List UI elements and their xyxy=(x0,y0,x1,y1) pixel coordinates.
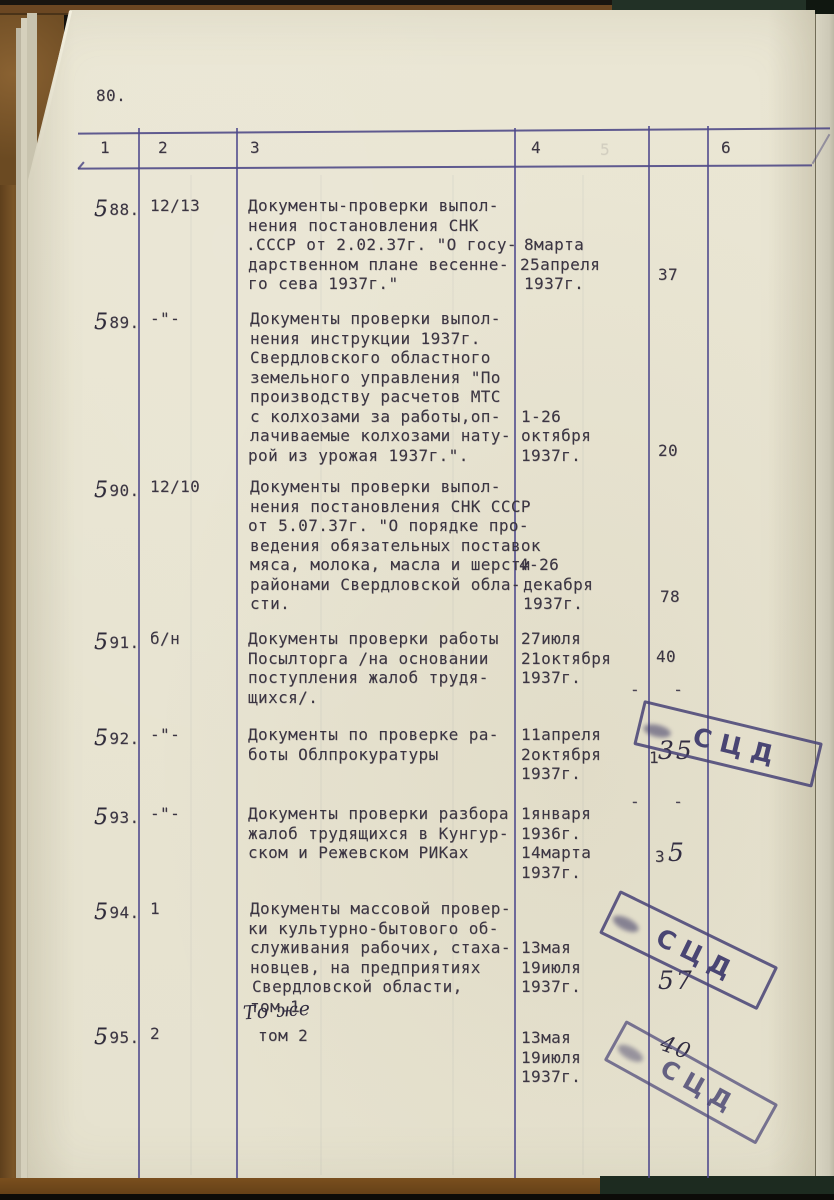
row-index: 12/10 xyxy=(150,477,200,497)
column-divider xyxy=(514,128,516,1178)
description-line: ведения обязательных поставок xyxy=(250,536,541,556)
handwritten-note: То же xyxy=(242,998,311,1025)
description-line: Документы проверки выпол- xyxy=(250,477,501,497)
row-index: -"- xyxy=(150,804,180,824)
date-line: 1937г. xyxy=(521,977,581,997)
description-line: Документы проверки работы xyxy=(248,629,499,649)
description-line: нения постановления СНК СССР xyxy=(250,497,531,517)
column-header-1: 1 xyxy=(100,138,110,158)
column-header-3: 3 xyxy=(250,138,260,158)
sheet-count: 37 xyxy=(658,265,678,285)
row-number-typed: 88. xyxy=(109,200,139,219)
date-line: 19июля xyxy=(521,958,581,978)
ditto-mark: - - xyxy=(630,680,695,700)
description-line: Документы-проверки выпол- xyxy=(248,196,499,216)
sheet-count: 20 xyxy=(658,441,678,461)
description-line: земельного управления "По xyxy=(250,368,501,388)
description-line: нения инструкции 1937г. xyxy=(250,329,481,349)
date-line: 14марта xyxy=(521,843,591,863)
description-line: районами Свердловской обла- xyxy=(250,575,521,595)
ditto-mark: - - xyxy=(630,792,695,812)
archive-row-number: 593. xyxy=(94,804,140,829)
row-index: -"- xyxy=(150,725,180,745)
description-line: служивания рабочих, стаха- xyxy=(250,938,511,958)
date-line: 1937г. xyxy=(523,594,583,614)
column-divider xyxy=(236,128,238,1178)
date-line: 4-26 xyxy=(519,555,559,575)
date-line: 13мая xyxy=(521,1028,571,1048)
description-line: с колхозами за работы,оп- xyxy=(250,407,501,427)
archive-row-number: 592. xyxy=(94,725,140,750)
description-line: от 5.07.37г. "О порядке про- xyxy=(248,516,529,536)
page-right-edge xyxy=(815,14,834,1182)
date-line: 1937г. xyxy=(521,446,581,466)
row-number-typed: 89. xyxy=(109,313,139,332)
description-line: .СССР от 2.02.37г. "О госу- xyxy=(246,235,517,255)
row-number-typed: 90. xyxy=(109,481,139,500)
row-index: -"- xyxy=(150,309,180,329)
description-line: Посылторга /на основании xyxy=(248,649,489,669)
description-line: производству расчетов МТС xyxy=(250,387,501,407)
sheet-count: 40 xyxy=(656,647,676,667)
date-line: 1936г. xyxy=(521,824,581,844)
description-line: жалоб трудящихся в Кунгур- xyxy=(248,824,509,844)
row-number-typed: 94. xyxy=(109,903,139,922)
date-line: 25апреля xyxy=(520,255,600,275)
archive-row-number: 589. xyxy=(94,309,140,334)
description-line: ском и Режевском РИКах xyxy=(248,843,469,863)
handwritten-digit: 5 xyxy=(94,805,108,830)
description-line: щихся/. xyxy=(248,688,318,708)
sheet-count-handwritten: 5 xyxy=(668,838,686,867)
date-line: октября xyxy=(521,426,591,446)
description-line: дарственном плане весенне- xyxy=(248,255,509,275)
archive-row-number: 594. xyxy=(94,899,140,924)
ink-bleed-line xyxy=(582,175,584,1175)
row-index: 1 xyxy=(150,899,160,919)
date-line: 1января xyxy=(521,804,591,824)
sheet-count-typed: 3 xyxy=(655,847,665,867)
page-number: 80. xyxy=(96,86,126,106)
description-line: том 2 xyxy=(258,1026,308,1046)
description-line: Свердловского областного xyxy=(250,348,491,368)
description-line: поступления жалоб трудя- xyxy=(248,668,489,688)
row-index: б/н xyxy=(150,629,180,649)
handwritten-digit: 5 xyxy=(94,478,108,503)
column-divider xyxy=(648,126,650,1178)
row-number-typed: 93. xyxy=(109,808,139,827)
description-line: Документы проверки выпол- xyxy=(250,309,501,329)
description-line: Документы проверки разбора xyxy=(248,804,509,824)
column-header-2: 2 xyxy=(158,138,168,158)
date-line: 1-26 xyxy=(521,407,561,427)
sheet-count: 78 xyxy=(660,587,680,607)
date-line: 1937г. xyxy=(524,274,584,294)
date-line: 19июля xyxy=(521,1048,581,1068)
row-index: 12/13 xyxy=(150,196,200,216)
column-header-5-ghost: 5 xyxy=(600,140,610,160)
handwritten-digit: 5 xyxy=(94,726,108,751)
date-line: 2октября xyxy=(521,745,601,765)
date-line: 27июля xyxy=(521,629,581,649)
archive-row-number: 590. xyxy=(94,477,140,502)
shadow-bottom xyxy=(0,1194,834,1200)
description-line: новцев, на предприятиях xyxy=(250,958,481,978)
date-line: 21октября xyxy=(521,649,611,669)
date-line: 1937г. xyxy=(521,668,581,688)
row-number-typed: 92. xyxy=(109,729,139,748)
row-number-typed: 95. xyxy=(109,1028,139,1047)
date-line: 11апреля xyxy=(521,725,601,745)
description-line: ки культурно-бытового об- xyxy=(248,919,499,939)
paper-sheet xyxy=(28,10,815,1182)
column-divider xyxy=(707,126,709,1178)
row-number-typed: 91. xyxy=(109,633,139,652)
description-line: Документы по проверке ра- xyxy=(248,725,499,745)
handwritten-digit: 5 xyxy=(94,1025,108,1050)
date-line: 1937г. xyxy=(521,863,581,883)
description-line: рой из урожая 1937г.". xyxy=(248,446,469,466)
date-line: декабря xyxy=(523,575,593,595)
description-line: лачиваемые колхозами нату- xyxy=(250,426,511,446)
date-line: 8марта xyxy=(524,235,584,255)
description-line: Свердловской области, xyxy=(252,977,463,997)
description-line: Документы массовой провер- xyxy=(250,899,511,919)
handwritten-digit: 5 xyxy=(94,900,108,925)
description-line: го сева 1937г." xyxy=(248,274,399,294)
description-line: нения постановления СНК xyxy=(248,216,479,236)
handwritten-digit: 5 xyxy=(94,630,108,655)
ink-bleed-line xyxy=(190,175,192,1175)
handwritten-digit: 5 xyxy=(94,197,108,222)
date-line: 1937г. xyxy=(521,1067,581,1087)
column-header-4: 4 xyxy=(531,138,541,158)
row-index: 2 xyxy=(150,1024,160,1044)
description-line: боты Облпрокуратуры xyxy=(248,745,439,765)
date-line: 1937г. xyxy=(521,764,581,784)
description-line: мяса, молока, масла и шерсти xyxy=(250,555,531,575)
handwritten-digit: 5 xyxy=(94,310,108,335)
archive-row-number: 595. xyxy=(94,1024,140,1049)
column-header-6: 6 xyxy=(721,138,731,158)
archive-row-number: 591. xyxy=(94,629,140,654)
description-line: сти. xyxy=(250,594,290,614)
archive-row-number: 588. xyxy=(94,196,140,221)
date-line: 13мая xyxy=(521,938,571,958)
